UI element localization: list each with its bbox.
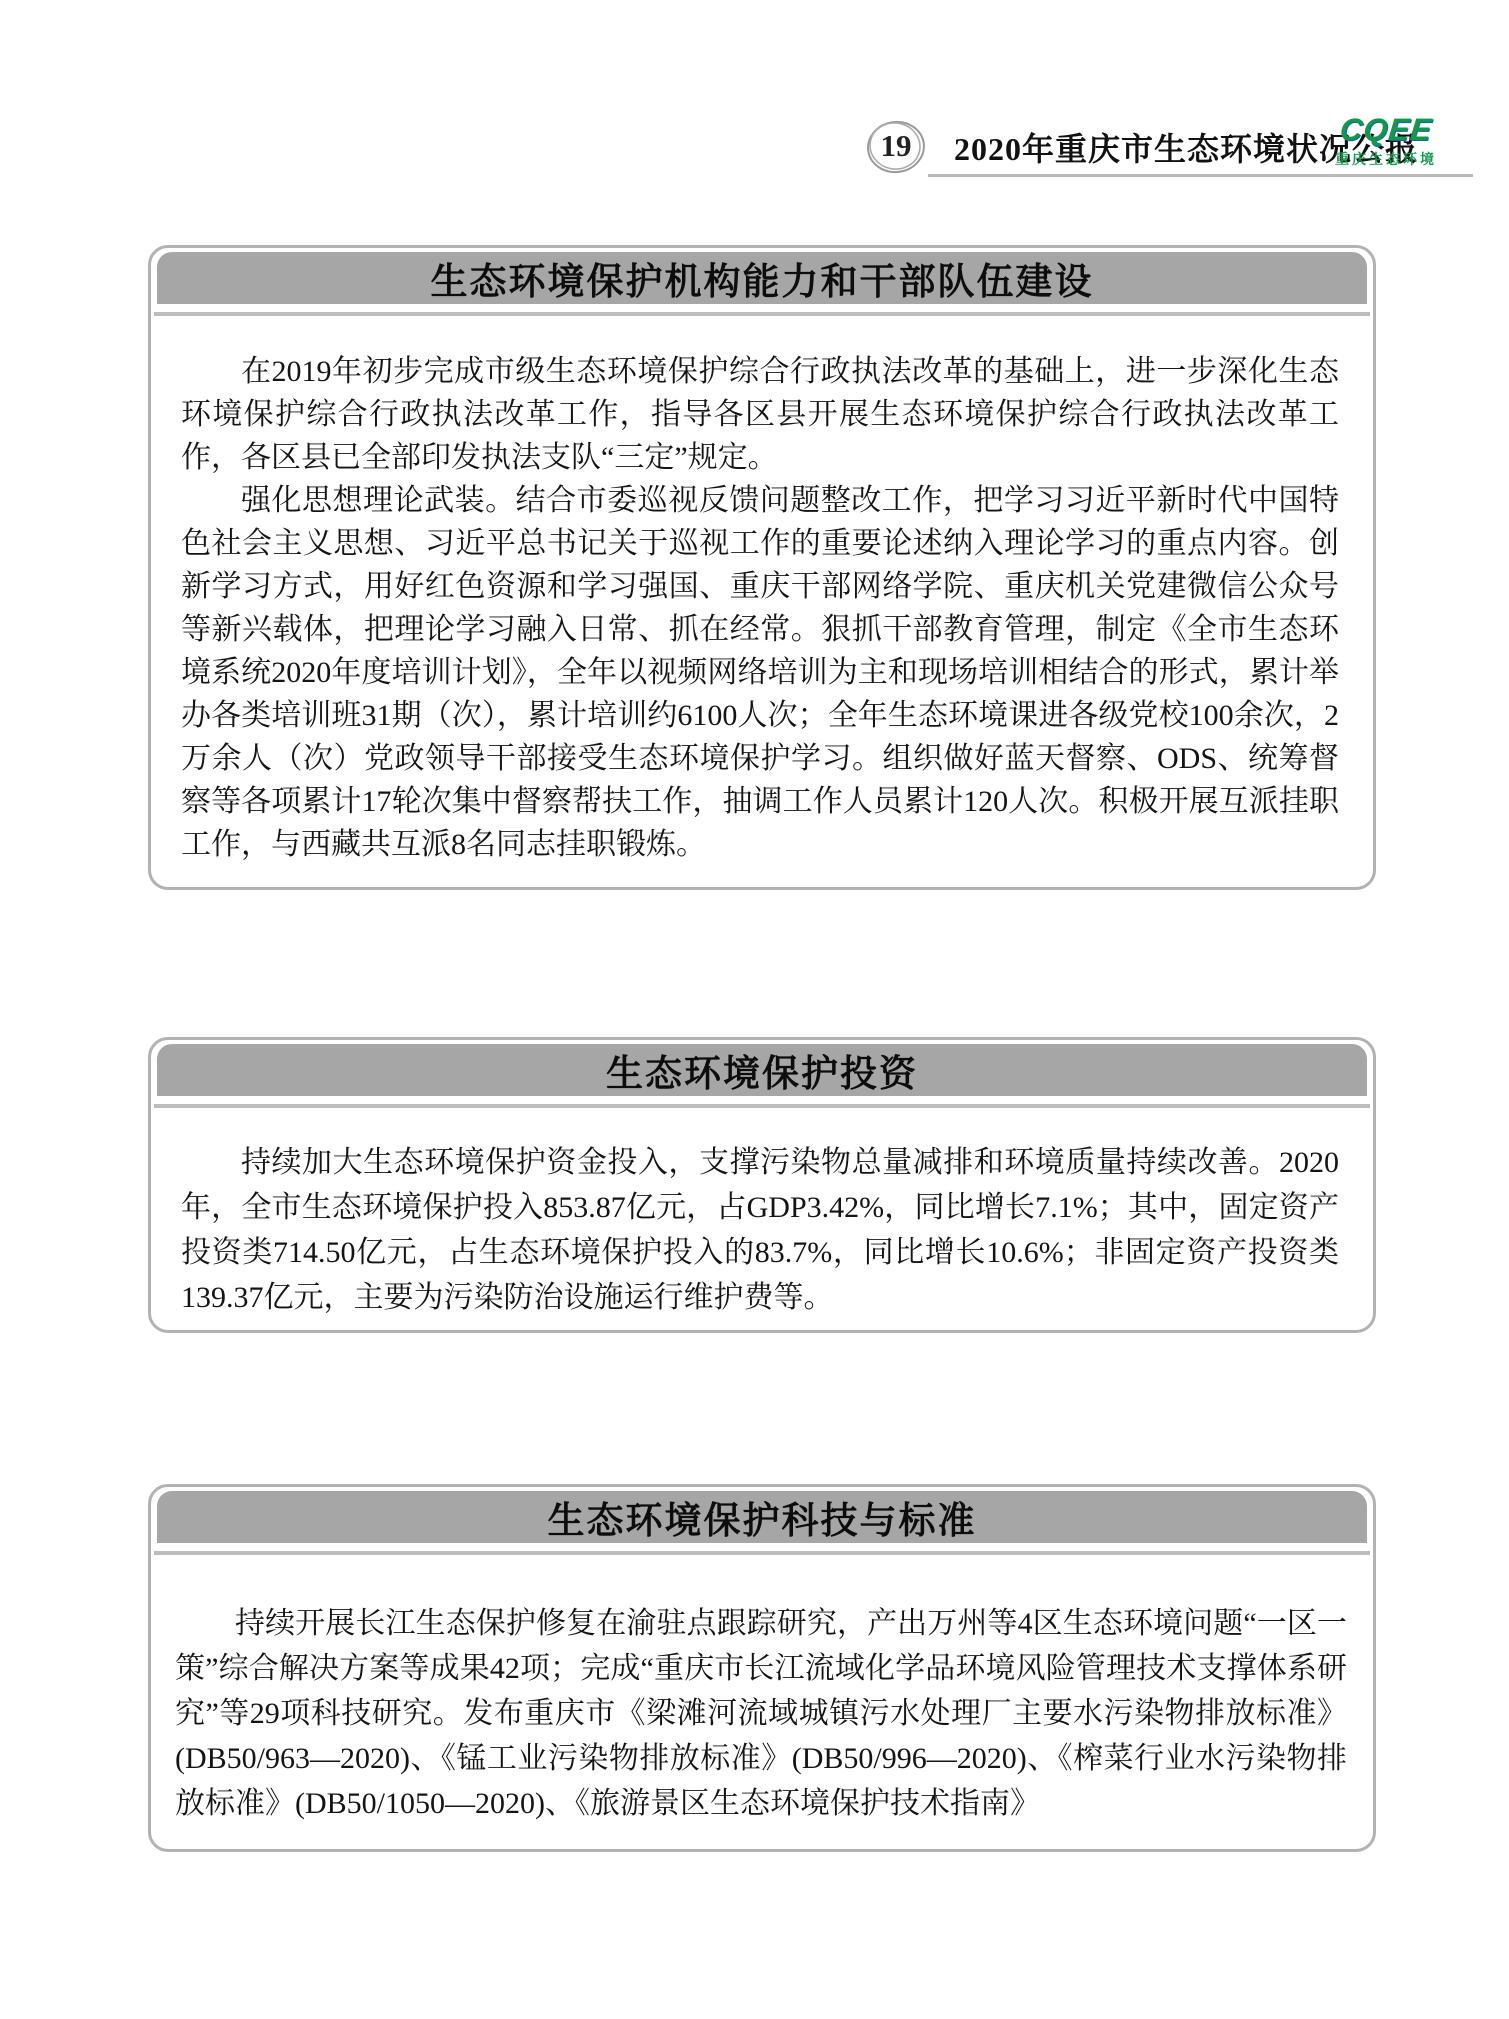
cqee-logo: CQEE 重庆生态环境 xyxy=(1330,112,1442,169)
body-paragraph: 持续开展长江生态保护修复在渝驻点跟踪研究，产出万州等4区生态环境问题“一区一策”… xyxy=(175,1601,1347,1826)
logo-wordmark: CQEE xyxy=(1328,112,1444,148)
section-title-bar: 生态环境保护投资 xyxy=(157,1044,1367,1096)
header-divider-rule xyxy=(928,174,1473,177)
section-title-bar: 生态环境保护科技与标准 xyxy=(157,1491,1367,1543)
section-title: 生态环境保护科技与标准 xyxy=(548,1490,977,1544)
section-body: 持续加大生态环境保护资金投入，支撑污染物总量减排和环境质量持续改善。2020年，… xyxy=(151,1108,1373,1320)
logo-subtext: 重庆生态环境 xyxy=(1330,149,1442,169)
body-paragraph: 在2019年初步完成市级生态环境保护综合行政执法改革的基础上，进一步深化生态环境… xyxy=(181,350,1339,479)
section-science-standards: 生态环境保护科技与标准 持续开展长江生态保护修复在渝驻点跟踪研究，产出万州等4区… xyxy=(148,1484,1376,1852)
section-institution-capacity: 生态环境保护机构能力和干部队伍建设 在2019年初步完成市级生态环境保护综合行政… xyxy=(148,245,1376,890)
section-body: 在2019年初步完成市级生态环境保护综合行政执法改革的基础上，进一步深化生态环境… xyxy=(151,316,1373,866)
body-paragraph: 强化思想理论武装。结合市委巡视反馈问题整改工作，把学习习近平新时代中国特色社会主… xyxy=(181,479,1339,866)
section-title: 生态环境保护机构能力和干部队伍建设 xyxy=(431,251,1094,305)
page-number-badge: 19 xyxy=(864,118,928,176)
page-number: 19 xyxy=(864,128,928,164)
body-paragraph: 持续加大生态环境保护资金投入，支撑污染物总量减排和环境质量持续改善。2020年，… xyxy=(181,1140,1339,1320)
page-header: 19 2020年重庆市生态环境状况公报 CQEE 重庆生态环境 xyxy=(0,0,1509,185)
section-title: 生态环境保护投资 xyxy=(606,1043,918,1097)
section-body: 持续开展长江生态保护修复在渝驻点跟踪研究，产出万州等4区生态环境问题“一区一策”… xyxy=(151,1555,1373,1826)
section-title-bar: 生态环境保护机构能力和干部队伍建设 xyxy=(157,252,1367,304)
section-investment: 生态环境保护投资 持续加大生态环境保护资金投入，支撑污染物总量减排和环境质量持续… xyxy=(148,1037,1376,1333)
document-page: 19 2020年重庆市生态环境状况公报 CQEE 重庆生态环境 生态环境保护机构… xyxy=(0,0,1509,2019)
